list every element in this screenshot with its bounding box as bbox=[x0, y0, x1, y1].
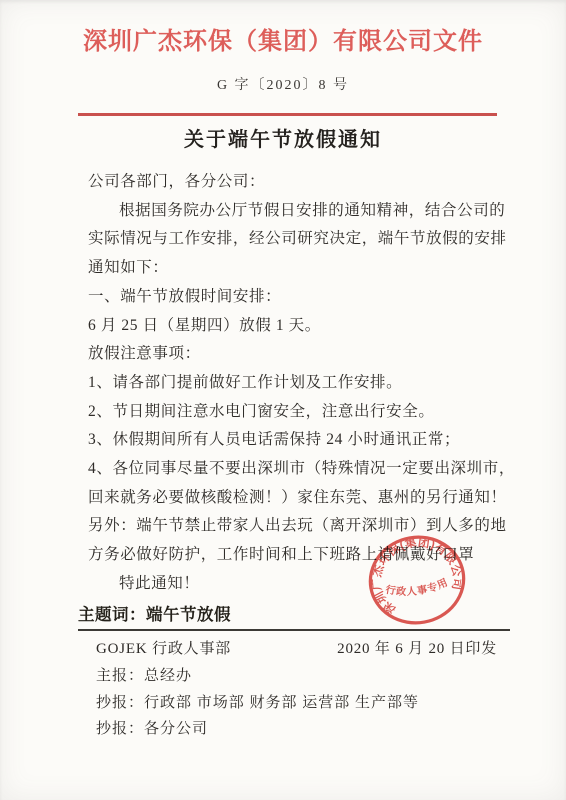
distribution-value: 总经办 bbox=[144, 668, 192, 684]
body-line-note-3: 3、休假期间所有人员电话需保持 24 小时通讯正常； bbox=[88, 426, 510, 455]
company-document-title: 深圳广杰环保（集团）有限公司文件 bbox=[0, 21, 566, 56]
body-line-note-1: 1、请各部门提前做好工作计划及工作安排。 bbox=[88, 369, 510, 398]
distribution-label: 抄报： bbox=[96, 695, 144, 711]
document-number: G 字〔2020〕8 号 bbox=[0, 74, 566, 94]
body-line-salutation: 公司各部门，各分公司： bbox=[88, 168, 510, 197]
keywords-row: 主题词：端午节放假 bbox=[78, 601, 231, 625]
issuing-department: GOJEK 行政人事部 bbox=[96, 637, 231, 658]
distribution-label: 主报： bbox=[96, 668, 144, 684]
body-line: 通知如下： bbox=[88, 254, 510, 283]
red-divider-line bbox=[78, 113, 497, 116]
body-line: 根据国务院办公厅节假日安排的通知精神，结合公司的 bbox=[88, 197, 510, 226]
distribution-row-copy-2: 抄报：各分公司 bbox=[96, 717, 208, 738]
body-line-note-2: 2、节日期间注意水电门窗安全，注意出行安全。 bbox=[88, 398, 510, 427]
body-line-section-heading: 一、端午节放假时间安排： bbox=[88, 283, 510, 312]
body-line-note-4: 4、各位同事尽量不要出深圳市（特殊情况一定要出深圳市， bbox=[88, 455, 510, 484]
scanned-notice-document: 深圳广杰环保（集团）有限公司文件 G 字〔2020〕8 号 关于端午节放假通知 … bbox=[0, 0, 566, 800]
body-line: 实际情况与工作安排，经公司研究决定，端午节放假的安排 bbox=[88, 225, 510, 254]
distribution-value: 各分公司 bbox=[144, 721, 208, 737]
body-line-notes-heading: 放假注意事项： bbox=[88, 340, 510, 369]
keywords-value: 端午节放假 bbox=[146, 606, 231, 624]
body-line-note-4-cont: 回来就务必要做核酸检测！）家住东莞、惠州的另行通知！ bbox=[88, 484, 510, 513]
issuer-row: GOJEK 行政人事部 2020 年 6 月 20 日印发 bbox=[96, 637, 497, 658]
company-seal-stamp-icon: 深圳广杰环保(集团)有限公司 行政人事专用章 bbox=[356, 524, 478, 636]
body-line-holiday-date: 6 月 25 日（星期四）放假 1 天。 bbox=[88, 312, 510, 341]
distribution-value: 行政部 市场部 财务部 运营部 生产部等 bbox=[144, 695, 419, 711]
distribution-row-copy-1: 抄报：行政部 市场部 财务部 运营部 生产部等 bbox=[96, 691, 419, 712]
keywords-label: 主题词： bbox=[78, 606, 146, 624]
svg-text:行政人事专用章: 行政人事专用章 bbox=[356, 524, 451, 609]
seal-inner-text: 行政人事专用章 bbox=[356, 524, 451, 609]
distribution-row-main: 主报：总经办 bbox=[96, 664, 192, 685]
notice-title: 关于端午节放假通知 bbox=[0, 123, 566, 152]
distribution-label: 抄报： bbox=[96, 721, 144, 737]
print-date: 2020 年 6 月 20 日印发 bbox=[337, 637, 497, 658]
